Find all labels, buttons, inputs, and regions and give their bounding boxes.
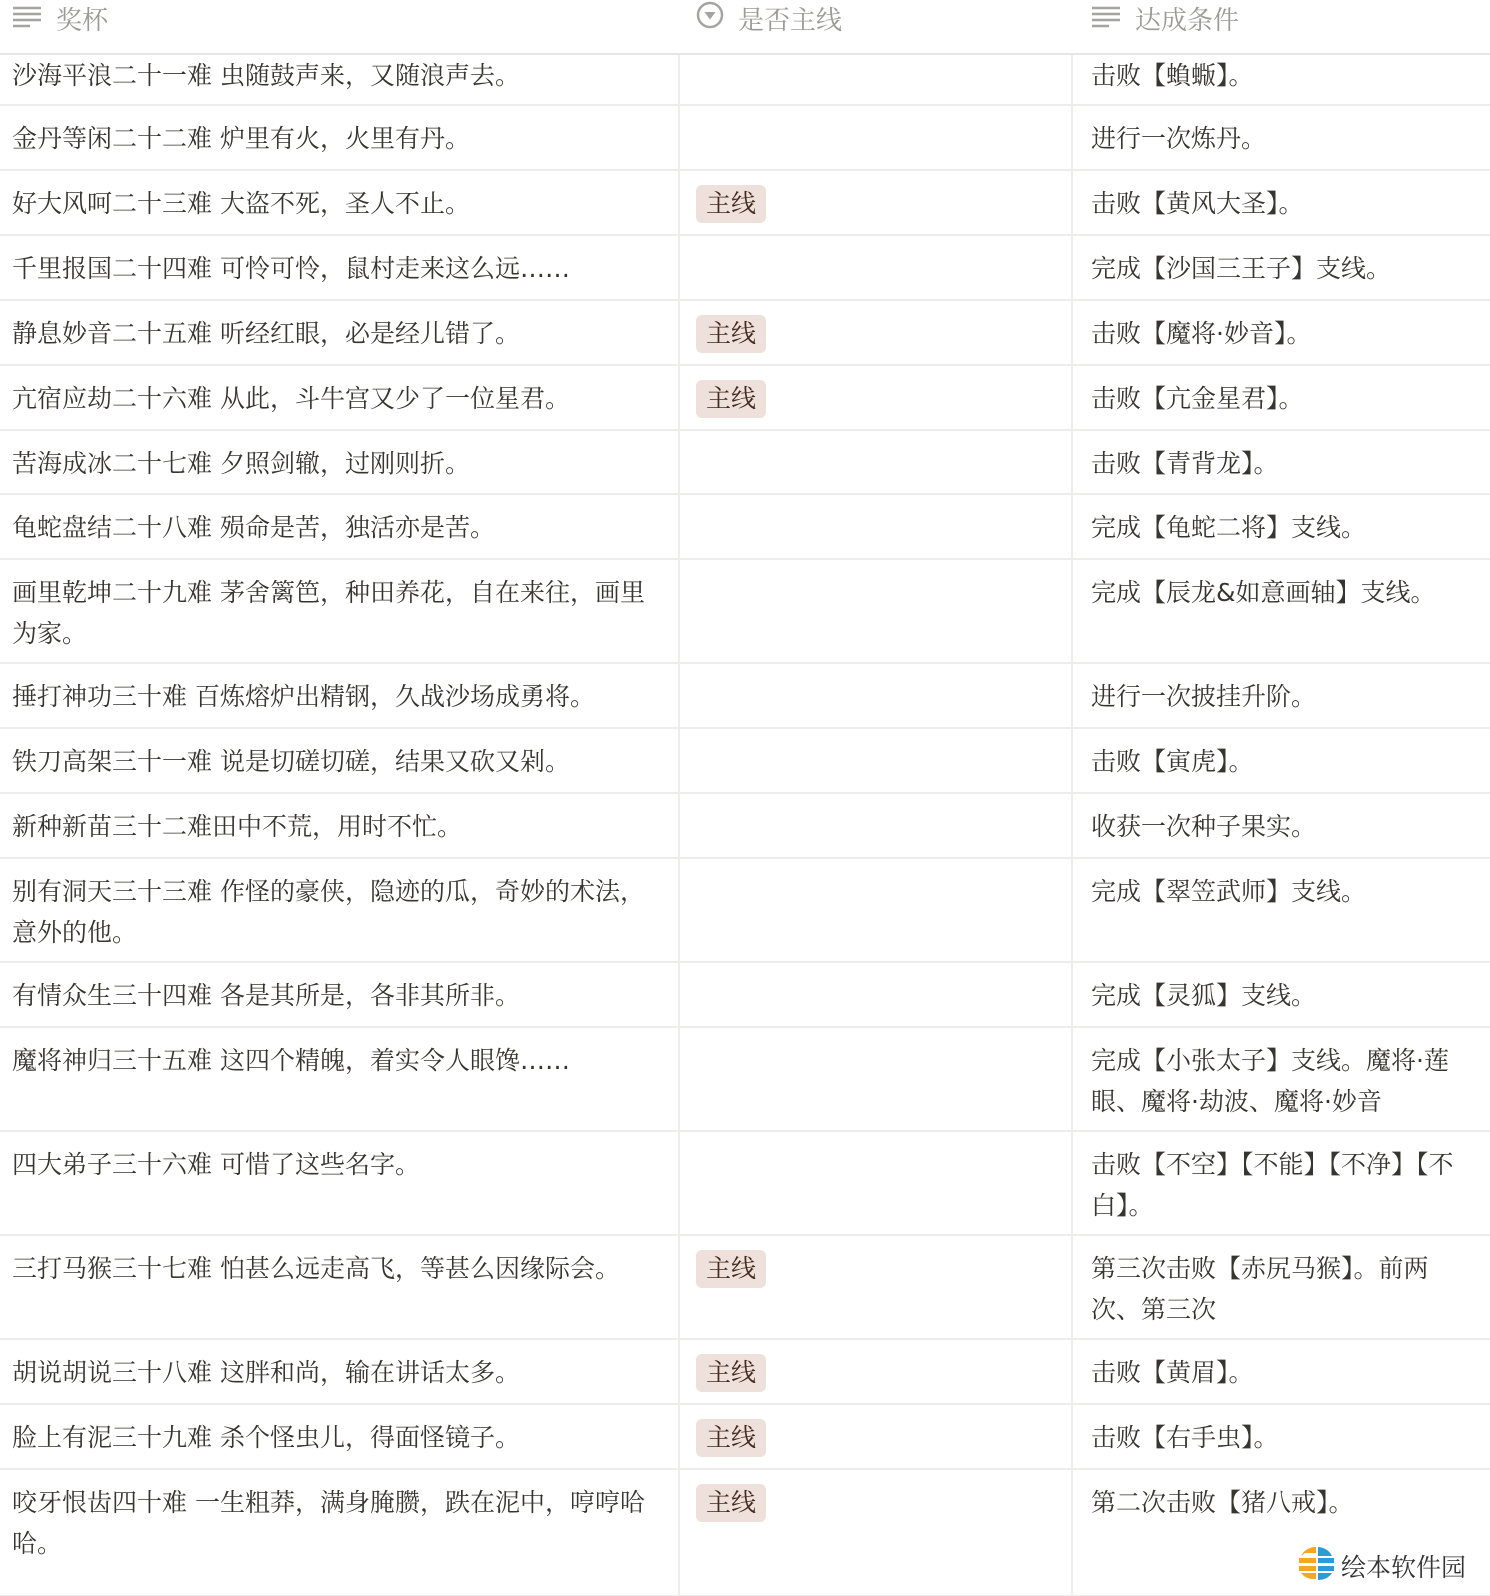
is-main-cell[interactable] <box>680 236 1073 299</box>
is-main-cell[interactable] <box>680 1132 1073 1234</box>
trophy-cell[interactable]: 魔将神归三十五难 这四个精魄，着实令人眼馋…… <box>0 1028 680 1130</box>
trophy-cell[interactable]: 胡说胡说三十八难 这胖和尚，输在讲话太多。 <box>0 1340 680 1403</box>
watermark: 绘本软件园 <box>1295 1542 1468 1590</box>
table-row[interactable]: 胡说胡说三十八难 这胖和尚，输在讲话太多。主线击败【黄眉】。 <box>0 1340 1490 1405</box>
condition-cell[interactable]: 完成【灵狐】支线。 <box>1073 963 1490 1026</box>
condition-cell[interactable]: 完成【小张太子】支线。魔将·莲眼、魔将·劫波、魔将·妙音 <box>1073 1028 1490 1130</box>
column-header-trophy[interactable]: 奖杯 <box>0 0 680 42</box>
is-main-cell[interactable]: 主线 <box>680 1236 1073 1338</box>
condition-cell[interactable]: 收获一次种子果实。 <box>1073 794 1490 857</box>
condition-cell[interactable]: 击败【黄眉】。 <box>1073 1340 1490 1403</box>
is-main-cell[interactable] <box>680 664 1073 727</box>
trophy-cell[interactable]: 脸上有泥三十九难 杀个怪虫儿，得面怪镜子。 <box>0 1405 680 1468</box>
is-main-cell[interactable] <box>680 560 1073 662</box>
main-quest-badge: 主线 <box>696 380 766 418</box>
text-lines-icon <box>1091 0 1121 42</box>
condition-cell[interactable]: 击败【魔将·妙音】。 <box>1073 301 1490 364</box>
watermark-text: 绘本软件园 <box>1341 1548 1466 1584</box>
trophy-cell[interactable]: 沙海平浪二十一难 虫随鼓声来，又随浪声去。 <box>0 55 680 104</box>
is-main-cell[interactable] <box>680 431 1073 493</box>
condition-cell[interactable]: 击败【青背龙】。 <box>1073 431 1490 493</box>
condition-cell[interactable]: 完成【翠笠武师】支线。 <box>1073 859 1490 961</box>
condition-cell[interactable]: 击败【蝜蝂】。 <box>1073 55 1490 104</box>
site-logo-icon <box>1297 1544 1335 1588</box>
main-quest-badge: 主线 <box>696 315 766 353</box>
database-table: 奖杯 是否主线 达成条件 沙海平浪二十一难 虫随鼓声来，又随浪声去。击败【蝜蝂】… <box>0 0 1490 1596</box>
trophy-cell[interactable]: 苦海成冰二十七难 夕照剑辙，过刚则折。 <box>0 431 680 493</box>
column-label: 奖杯 <box>56 0 108 42</box>
is-main-cell[interactable] <box>680 859 1073 961</box>
trophy-cell[interactable]: 金丹等闲二十二难 炉里有火，火里有丹。 <box>0 106 680 169</box>
is-main-cell[interactable]: 主线 <box>680 1340 1073 1403</box>
table-row[interactable]: 脸上有泥三十九难 杀个怪虫儿，得面怪镜子。主线击败【右手虫】。 <box>0 1405 1490 1470</box>
main-quest-badge: 主线 <box>696 185 766 223</box>
condition-cell[interactable]: 完成【辰龙&如意画轴】支线。 <box>1073 560 1490 662</box>
trophy-cell[interactable]: 亢宿应劫二十六难 从此，斗牛宫又少了一位星君。 <box>0 366 680 429</box>
condition-cell[interactable]: 击败【不空】【不能】【不净】【不白】。 <box>1073 1132 1490 1234</box>
table-row[interactable]: 苦海成冰二十七难 夕照剑辙，过刚则折。击败【青背龙】。 <box>0 431 1490 495</box>
condition-cell[interactable]: 第三次击败【赤尻马猴】。前两次、第三次 <box>1073 1236 1490 1338</box>
table-row[interactable]: 千里报国二十四难 可怜可怜，鼠村走来这么远……完成【沙国三王子】支线。 <box>0 236 1490 301</box>
condition-cell[interactable]: 进行一次炼丹。 <box>1073 106 1490 169</box>
table-body: 沙海平浪二十一难 虫随鼓声来，又随浪声去。击败【蝜蝂】。金丹等闲二十二难 炉里有… <box>0 55 1490 1596</box>
condition-cell[interactable]: 完成【龟蛇二将】支线。 <box>1073 495 1490 558</box>
is-main-cell[interactable]: 主线 <box>680 171 1073 234</box>
table-row[interactable]: 捶打神功三十难 百炼熔炉出精钢，久战沙场成勇将。进行一次披挂升阶。 <box>0 664 1490 729</box>
trophy-cell[interactable]: 铁刀高架三十一难 说是切磋切磋，结果又砍又剁。 <box>0 729 680 792</box>
column-label: 是否主线 <box>738 0 842 42</box>
condition-cell[interactable]: 击败【黄风大圣】。 <box>1073 171 1490 234</box>
trophy-cell[interactable]: 新种新苗三十二难田中不荒，用时不忙。 <box>0 794 680 857</box>
table-header: 奖杯 是否主线 达成条件 <box>0 0 1490 55</box>
trophy-cell[interactable]: 好大风呵二十三难 大盗不死，圣人不止。 <box>0 171 680 234</box>
table-row[interactable]: 有情众生三十四难 各是其所是，各非其所非。完成【灵狐】支线。 <box>0 963 1490 1028</box>
table-row[interactable]: 新种新苗三十二难田中不荒，用时不忙。收获一次种子果实。 <box>0 794 1490 859</box>
is-main-cell[interactable] <box>680 495 1073 558</box>
condition-cell[interactable]: 击败【寅虎】。 <box>1073 729 1490 792</box>
main-quest-badge: 主线 <box>696 1419 766 1457</box>
table-row[interactable]: 画里乾坤二十九难 茅舍篱笆，种田养花，自在来往，画里为家。完成【辰龙&如意画轴】… <box>0 560 1490 664</box>
condition-cell[interactable]: 完成【沙国三王子】支线。 <box>1073 236 1490 299</box>
text-lines-icon <box>12 0 42 42</box>
table-row[interactable]: 静息妙音二十五难 听经红眼，必是经儿错了。主线击败【魔将·妙音】。 <box>0 301 1490 366</box>
trophy-cell[interactable]: 咬牙恨齿四十难 一生粗莽，满身腌臜，跌在泥中，哼哼哈哈。 <box>0 1470 680 1595</box>
trophy-cell[interactable]: 有情众生三十四难 各是其所是，各非其所非。 <box>0 963 680 1026</box>
select-dropdown-icon <box>696 0 724 42</box>
table-row[interactable]: 咬牙恨齿四十难 一生粗莽，满身腌臜，跌在泥中，哼哼哈哈。主线第二次击败【猪八戒】… <box>0 1470 1490 1596</box>
column-header-condition[interactable]: 达成条件 <box>1073 0 1490 42</box>
main-quest-badge: 主线 <box>696 1484 766 1522</box>
column-label: 达成条件 <box>1135 0 1239 42</box>
main-quest-badge: 主线 <box>696 1354 766 1392</box>
trophy-cell[interactable]: 三打马猴三十七难 怕甚么远走高飞，等甚么因缘际会。 <box>0 1236 680 1338</box>
table-row[interactable]: 魔将神归三十五难 这四个精魄，着实令人眼馋……完成【小张太子】支线。魔将·莲眼、… <box>0 1028 1490 1132</box>
is-main-cell[interactable] <box>680 55 1073 104</box>
table-row[interactable]: 三打马猴三十七难 怕甚么远走高飞，等甚么因缘际会。主线第三次击败【赤尻马猴】。前… <box>0 1236 1490 1340</box>
condition-cell[interactable]: 击败【亢金星君】。 <box>1073 366 1490 429</box>
is-main-cell[interactable]: 主线 <box>680 1470 1073 1595</box>
trophy-cell[interactable]: 四大弟子三十六难 可惜了这些名字。 <box>0 1132 680 1234</box>
condition-cell[interactable]: 击败【右手虫】。 <box>1073 1405 1490 1468</box>
table-row[interactable]: 亢宿应劫二十六难 从此，斗牛宫又少了一位星君。主线击败【亢金星君】。 <box>0 366 1490 431</box>
table-row[interactable]: 四大弟子三十六难 可惜了这些名字。击败【不空】【不能】【不净】【不白】。 <box>0 1132 1490 1236</box>
column-header-is-main[interactable]: 是否主线 <box>680 0 1073 42</box>
is-main-cell[interactable]: 主线 <box>680 301 1073 364</box>
is-main-cell[interactable]: 主线 <box>680 1405 1073 1468</box>
is-main-cell[interactable] <box>680 1028 1073 1130</box>
trophy-cell[interactable]: 画里乾坤二十九难 茅舍篱笆，种田养花，自在来往，画里为家。 <box>0 560 680 662</box>
is-main-cell[interactable]: 主线 <box>680 366 1073 429</box>
table-row[interactable]: 沙海平浪二十一难 虫随鼓声来，又随浪声去。击败【蝜蝂】。 <box>0 55 1490 106</box>
table-row[interactable]: 好大风呵二十三难 大盗不死，圣人不止。主线击败【黄风大圣】。 <box>0 171 1490 236</box>
table-row[interactable]: 别有洞天三十三难 作怪的豪侠，隐迹的瓜，奇妙的术法，意外的他。完成【翠笠武师】支… <box>0 859 1490 963</box>
is-main-cell[interactable] <box>680 963 1073 1026</box>
trophy-cell[interactable]: 别有洞天三十三难 作怪的豪侠，隐迹的瓜，奇妙的术法，意外的他。 <box>0 859 680 961</box>
table-row[interactable]: 铁刀高架三十一难 说是切磋切磋，结果又砍又剁。击败【寅虎】。 <box>0 729 1490 794</box>
trophy-cell[interactable]: 龟蛇盘结二十八难 殒命是苦，独活亦是苦。 <box>0 495 680 558</box>
is-main-cell[interactable] <box>680 729 1073 792</box>
is-main-cell[interactable] <box>680 794 1073 857</box>
table-row[interactable]: 金丹等闲二十二难 炉里有火，火里有丹。进行一次炼丹。 <box>0 106 1490 171</box>
condition-cell[interactable]: 进行一次披挂升阶。 <box>1073 664 1490 727</box>
table-row[interactable]: 龟蛇盘结二十八难 殒命是苦，独活亦是苦。完成【龟蛇二将】支线。 <box>0 495 1490 560</box>
main-quest-badge: 主线 <box>696 1250 766 1288</box>
trophy-cell[interactable]: 捶打神功三十难 百炼熔炉出精钢，久战沙场成勇将。 <box>0 664 680 727</box>
is-main-cell[interactable] <box>680 106 1073 169</box>
trophy-cell[interactable]: 静息妙音二十五难 听经红眼，必是经儿错了。 <box>0 301 680 364</box>
trophy-cell[interactable]: 千里报国二十四难 可怜可怜，鼠村走来这么远…… <box>0 236 680 299</box>
